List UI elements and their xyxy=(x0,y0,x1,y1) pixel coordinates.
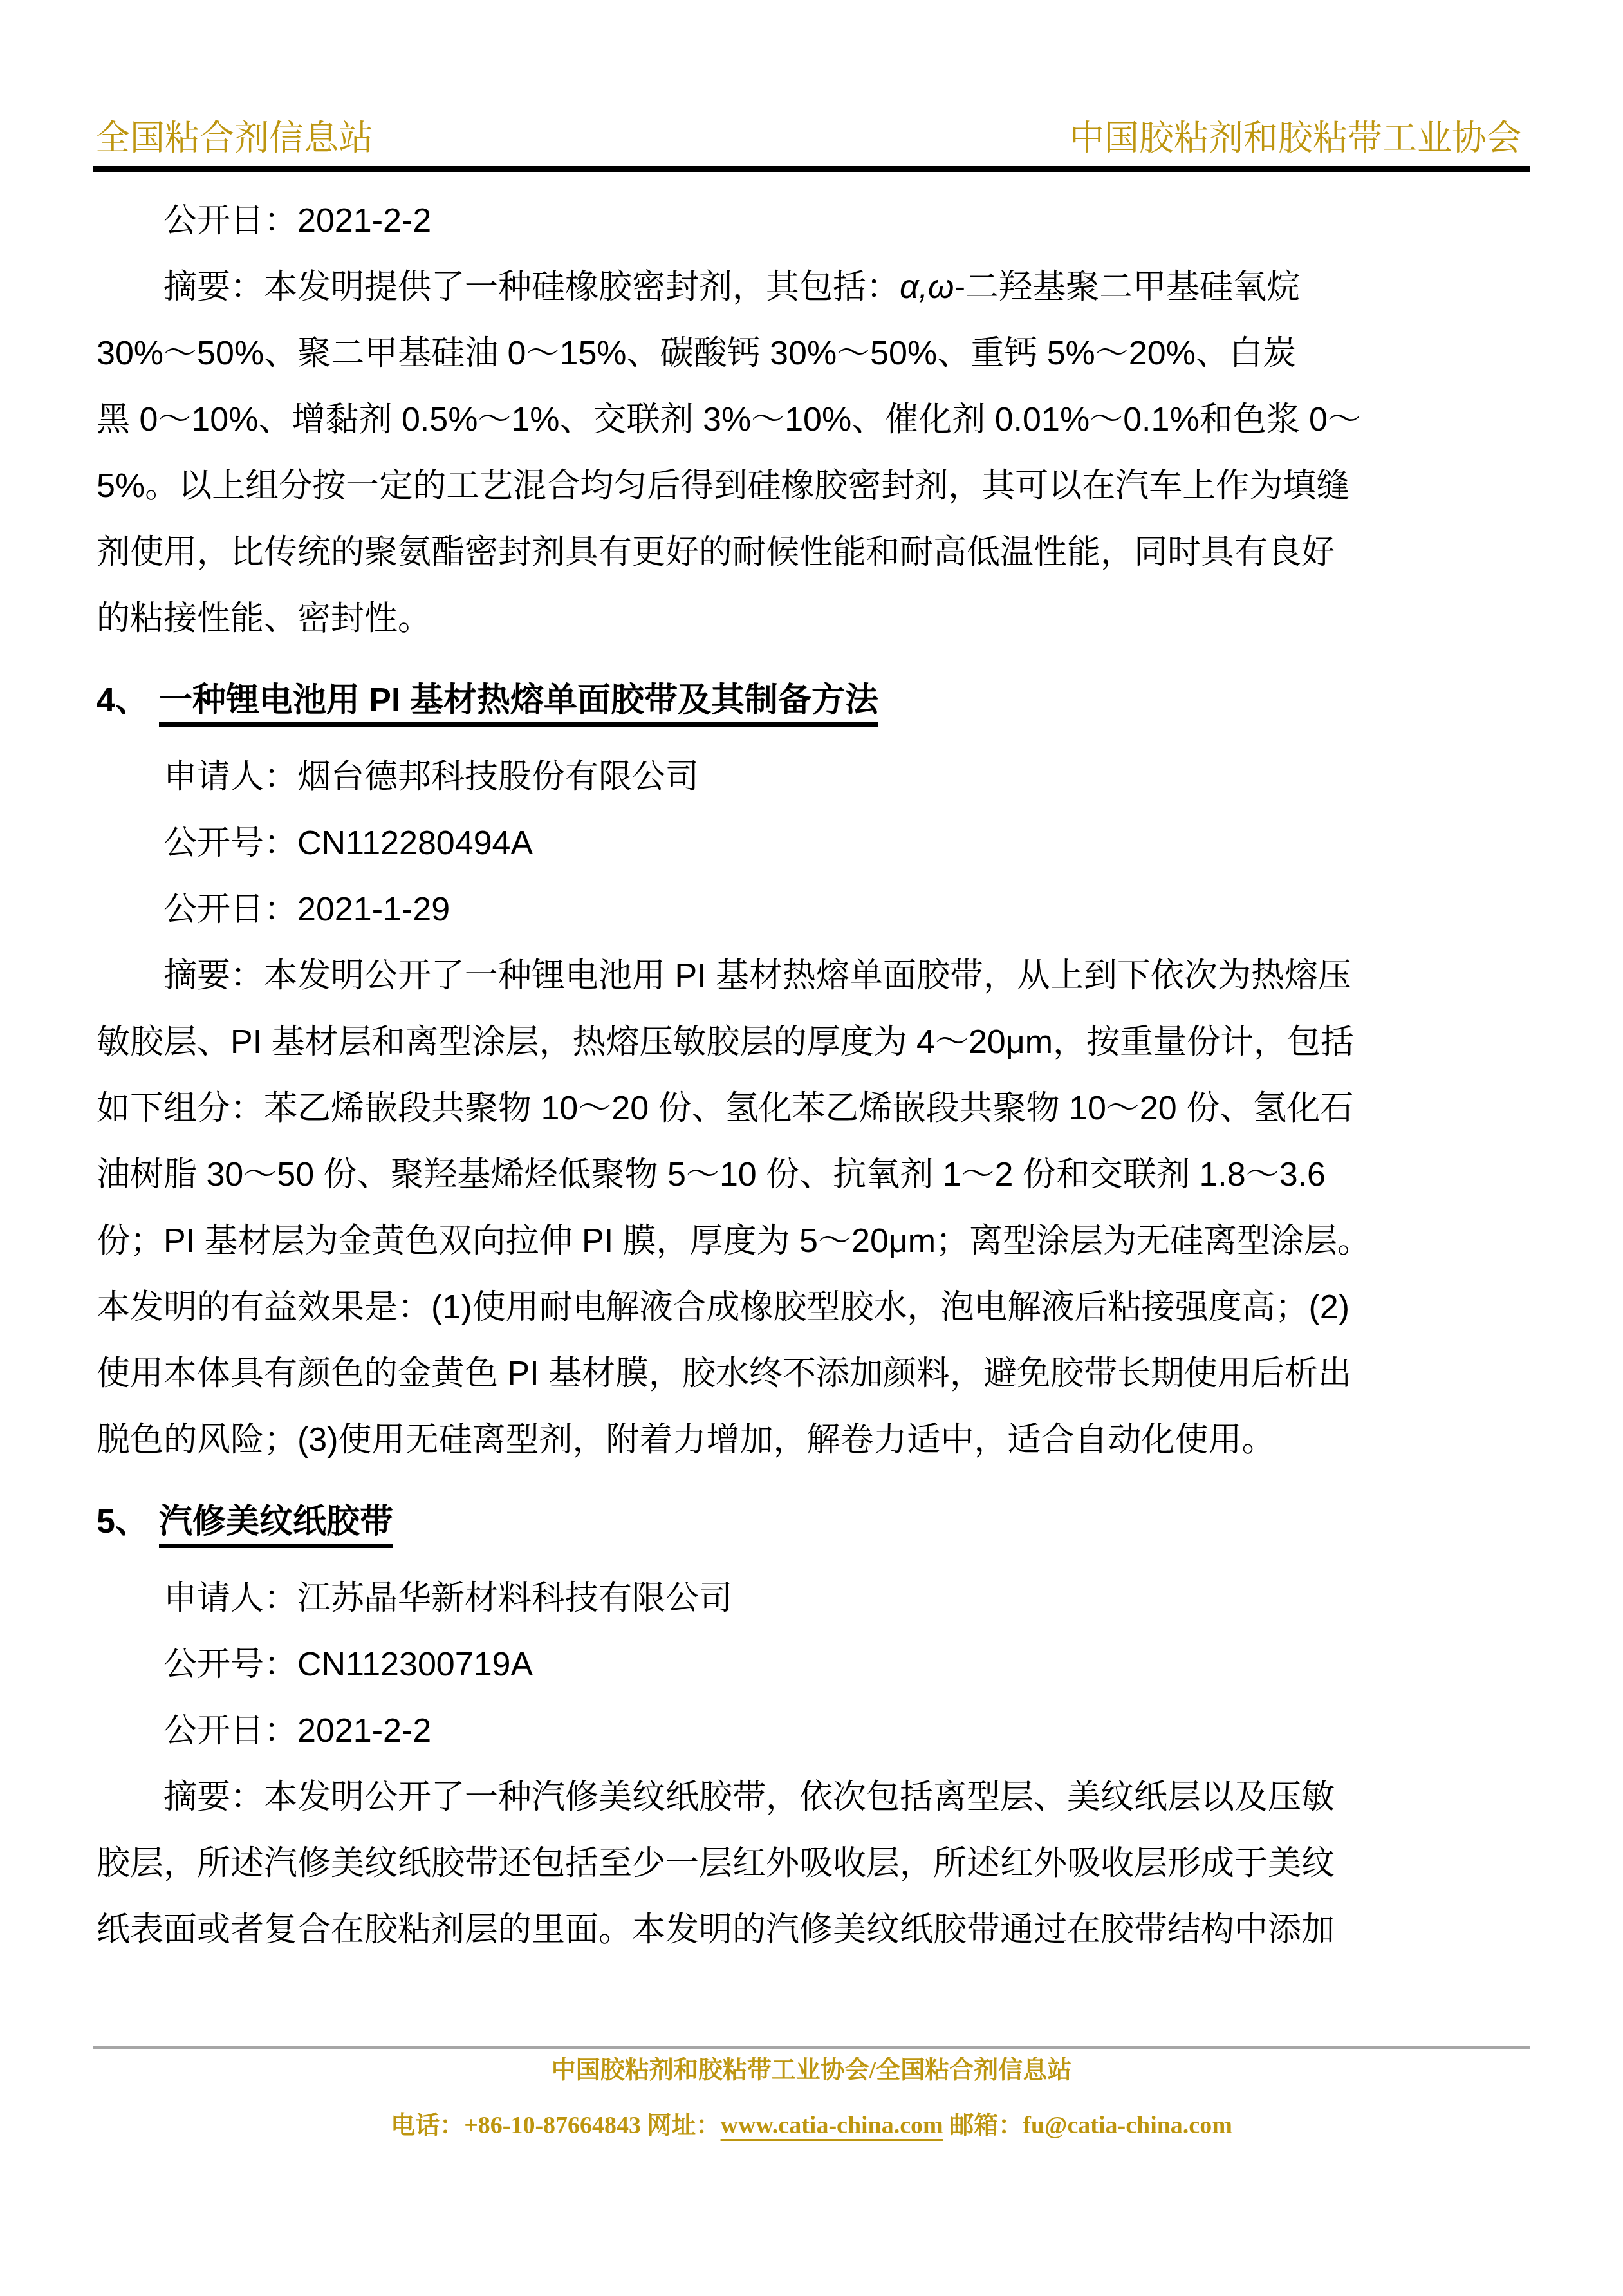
page: 全国粘合剂信息站 中国胶粘剂和胶粘带工业协会 公开日：2021-2-2摘要：本发… xyxy=(0,0,1623,2296)
section-heading: 5、汽修美纹纸胶带 xyxy=(97,1489,1523,1565)
text-segment: 摘要：本发明公开了一种汽修美纹纸胶带，依次包括离型层、美纹纸层以及压敏 xyxy=(163,1778,1335,1816)
body-text-line: 公开日：2021-2-2 xyxy=(97,1698,1523,1764)
text-segment: 30%～50%、聚二甲基硅油 0～15%、碳酸钙 30%～50%、重钙 5%～2… xyxy=(97,335,1296,372)
body-text-line: 申请人：烟台德邦科技股份有限公司 xyxy=(97,744,1523,810)
body-text-line: 敏胶层、PI 基材层和离型涂层，热熔压敏胶层的厚度为 4～20μm，按重量份计，… xyxy=(97,1009,1523,1076)
body-text-line: 摘要：本发明公开了一种锂电池用 PI 基材热熔单面胶带，从上到下依次为热熔压 xyxy=(97,943,1523,1009)
text-segment: 申请人：江苏晶华新材料科技有限公司 xyxy=(163,1580,732,1617)
text-segment: 公开号：CN112300719A xyxy=(163,1646,533,1683)
header-divider xyxy=(93,166,1530,172)
text-segment: 的粘接性能、密封性。 xyxy=(97,600,431,637)
text-segment: 胶层，所述汽修美纹纸胶带还包括至少一层红外吸收层，所述红外吸收层形成于美纹 xyxy=(97,1845,1335,1882)
body-text-line: 剂使用，比传统的聚氨酯密封剂具有更好的耐候性能和耐高低温性能，同时具有良好 xyxy=(97,519,1523,586)
text-segment: 公开日：2021-2-2 xyxy=(163,202,431,239)
section-heading: 4、一种锂电池用 PI 基材热熔单面胶带及其制备方法 xyxy=(97,667,1523,744)
body-text-line: 摘要：本发明提供了一种硅橡胶密封剂，其包括：α,ω-二羟基聚二甲基硅氧烷 xyxy=(97,254,1523,321)
body-text-line: 的粘接性能、密封性。 xyxy=(97,586,1523,652)
text-segment: 公开日：2021-2-2 xyxy=(163,1712,431,1750)
body-text-line: 公开日：2021-2-2 xyxy=(97,188,1523,254)
body-text-line: 使用本体具有颜色的金黄色 PI 基材膜，胶水终不添加颜料，避免胶带长期使用后析出 xyxy=(97,1341,1523,1407)
document-body: 公开日：2021-2-2摘要：本发明提供了一种硅橡胶密封剂，其包括：α,ω-二羟… xyxy=(97,188,1523,1963)
body-text-line: 5%。以上组分按一定的工艺混合均匀后得到硅橡胶密封剂，其可以在汽车上作为填缝 xyxy=(97,453,1523,519)
section-title: 汽修美纹纸胶带 xyxy=(159,1503,393,1548)
footer-website-link[interactable]: www.catia-china.com xyxy=(721,2112,943,2139)
footer-contact-line: 电话：+86-10-87664843 网址：www.catia-china.co… xyxy=(0,2110,1623,2141)
text-segment: -二羟基聚二甲基硅氧烷 xyxy=(954,268,1300,306)
body-text-line: 本发明的有益效果是：(1)使用耐电解液合成橡胶型胶水，泡电解液后粘接强度高；(2… xyxy=(97,1274,1523,1341)
page-footer: 中国胶粘剂和胶粘带工业协会/全国粘合剂信息站 电话：+86-10-8766484… xyxy=(0,2055,1623,2141)
text-segment: 纸表面或者复合在胶粘剂层的里面。本发明的汽修美纹纸胶带通过在胶带结构中添加 xyxy=(97,1911,1335,1948)
body-text-line: 公开日：2021-1-29 xyxy=(97,877,1523,943)
text-segment: 摘要：本发明公开了一种锂电池用 PI 基材热熔单面胶带，从上到下依次为热熔压 xyxy=(163,957,1351,994)
text-segment: 黑 0～10%、增黏剂 0.5%～1%、交联剂 3%～10%、催化剂 0.01%… xyxy=(97,401,1361,438)
body-text-line: 公开号：CN112280494A xyxy=(97,810,1523,877)
header-left-site-name: 全国粘合剂信息站 xyxy=(95,118,373,158)
greek-italic-text: α,ω xyxy=(900,268,954,306)
text-segment: 使用本体具有颜色的金黄色 PI 基材膜，胶水终不添加颜料，避免胶带长期使用后析出 xyxy=(97,1355,1351,1392)
footer-divider xyxy=(93,2046,1530,2049)
footer-contact-text: 邮箱：fu@catia-china.com xyxy=(943,2112,1232,2139)
body-text-line: 份；PI 基材层为金黄色双向拉伸 PI 膜，厚度为 5～20μm；离型涂层为无硅… xyxy=(97,1208,1523,1274)
footer-contact-text: 电话：+86-10-87664843 网址： xyxy=(391,2112,720,2139)
body-text-line: 摘要：本发明公开了一种汽修美纹纸胶带，依次包括离型层、美纹纸层以及压敏 xyxy=(97,1764,1523,1831)
header-right-association-name: 中国胶粘剂和胶粘带工业协会 xyxy=(1070,118,1521,158)
text-segment: 5%。以上组分按一定的工艺混合均匀后得到硅橡胶密封剂，其可以在汽车上作为填缝 xyxy=(97,467,1349,505)
body-text-line: 纸表面或者复合在胶粘剂层的里面。本发明的汽修美纹纸胶带通过在胶带结构中添加 xyxy=(97,1897,1523,1963)
text-segment: 剂使用，比传统的聚氨酯密封剂具有更好的耐候性能和耐高低温性能，同时具有良好 xyxy=(97,534,1335,571)
footer-org-line: 中国胶粘剂和胶粘带工业协会/全国粘合剂信息站 xyxy=(0,2055,1623,2086)
body-text-line: 申请人：江苏晶华新材料科技有限公司 xyxy=(97,1565,1523,1632)
body-text-line: 黑 0～10%、增黏剂 0.5%～1%、交联剂 3%～10%、催化剂 0.01%… xyxy=(97,387,1523,453)
text-segment: 油树脂 30～50 份、聚羟基烯烃低聚物 5～10 份、抗氧剂 1～2 份和交联… xyxy=(97,1156,1326,1193)
body-text-line: 30%～50%、聚二甲基硅油 0～15%、碳酸钙 30%～50%、重钙 5%～2… xyxy=(97,321,1523,387)
text-segment: 敏胶层、PI 基材层和离型涂层，热熔压敏胶层的厚度为 4～20μm，按重量份计，… xyxy=(97,1023,1354,1061)
text-segment: 公开日：2021-1-29 xyxy=(163,891,450,928)
text-segment: 公开号：CN112280494A xyxy=(163,825,533,862)
page-header: 全国粘合剂信息站 中国胶粘剂和胶粘带工业协会 xyxy=(95,118,1521,158)
body-text-line: 油树脂 30～50 份、聚羟基烯烃低聚物 5～10 份、抗氧剂 1～2 份和交联… xyxy=(97,1142,1523,1208)
text-segment: 份；PI 基材层为金黄色双向拉伸 PI 膜，厚度为 5～20μm；离型涂层为无硅… xyxy=(97,1222,1371,1260)
body-text-line: 如下组分：苯乙烯嵌段共聚物 10～20 份、氢化苯乙烯嵌段共聚物 10～20 份… xyxy=(97,1076,1523,1142)
text-segment: 脱色的风险；(3)使用无硅离型剂，附着力增加，解卷力适中，适合自动化使用。 xyxy=(97,1421,1275,1459)
text-segment: 摘要：本发明提供了一种硅橡胶密封剂，其包括： xyxy=(163,268,900,306)
section-title: 一种锂电池用 PI 基材热熔单面胶带及其制备方法 xyxy=(159,682,878,727)
body-text-line: 脱色的风险；(3)使用无硅离型剂，附着力增加，解卷力适中，适合自动化使用。 xyxy=(97,1407,1523,1473)
body-text-line: 公开号：CN112300719A xyxy=(97,1632,1523,1698)
text-segment: 本发明的有益效果是：(1)使用耐电解液合成橡胶型胶水，泡电解液后粘接强度高；(2… xyxy=(97,1289,1349,1326)
text-segment: 如下组分：苯乙烯嵌段共聚物 10～20 份、氢化苯乙烯嵌段共聚物 10～20 份… xyxy=(97,1090,1353,1127)
section-number: 5、 xyxy=(97,1503,149,1540)
text-segment: 申请人：烟台德邦科技股份有限公司 xyxy=(163,758,699,796)
section-number: 4、 xyxy=(97,682,149,719)
body-text-line: 胶层，所述汽修美纹纸胶带还包括至少一层红外吸收层，所述红外吸收层形成于美纹 xyxy=(97,1831,1523,1897)
